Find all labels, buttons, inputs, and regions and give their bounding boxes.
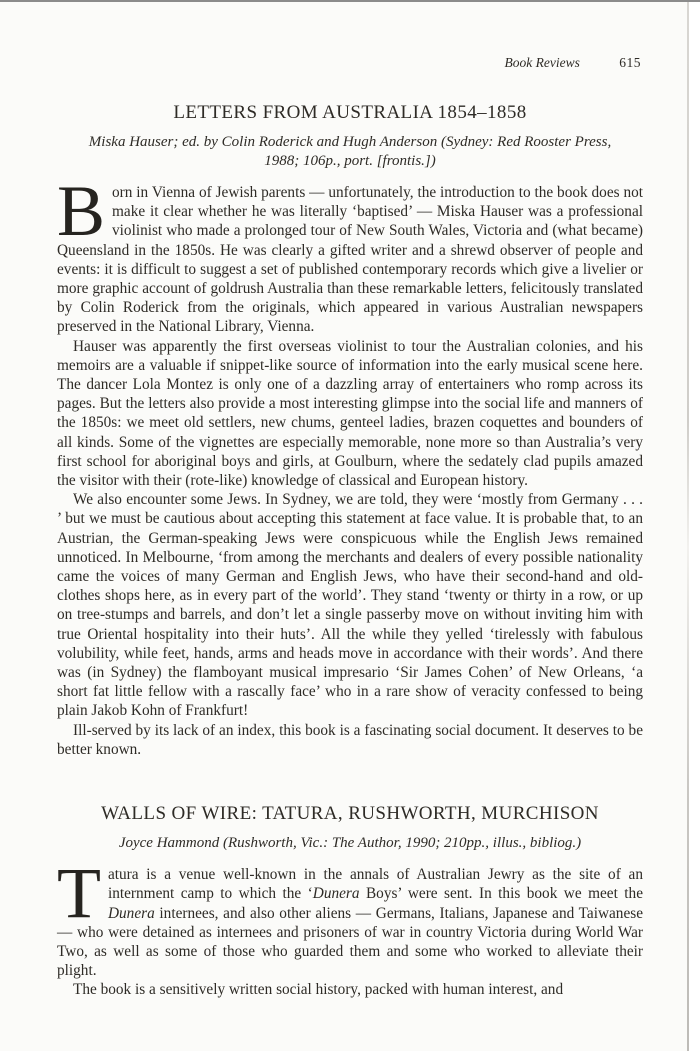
paragraph: We also encounter some Jews. In Sydney, … bbox=[57, 490, 643, 720]
review-byline: Joyce Hammond (Rushworth, Vic.: The Auth… bbox=[78, 834, 623, 853]
page-number: 615 bbox=[619, 55, 641, 70]
review-byline: Miska Hauser; ed. by Colin Roderick and … bbox=[78, 133, 623, 171]
paragraph-text: atura is a venue well-known in the annal… bbox=[57, 866, 643, 979]
paragraph: Ill-served by its lack of an index, this… bbox=[57, 721, 643, 759]
paragraph-text: orn in Vienna of Jewish parents — unfort… bbox=[57, 184, 643, 335]
paragraph: The book is a sensitively written social… bbox=[57, 980, 643, 999]
review-body: Born in Vienna of Jewish parents — unfor… bbox=[57, 183, 643, 759]
review-walls-of-wire: WALLS OF WIRE: TATURA, RUSHWORTH, MURCHI… bbox=[57, 803, 643, 999]
paragraph: Born in Vienna of Jewish parents — unfor… bbox=[57, 183, 643, 337]
review-title: LETTERS FROM AUSTRALIA 1854–1858 bbox=[57, 102, 643, 124]
paragraph: Hauser was apparently the first overseas… bbox=[57, 337, 643, 491]
drop-cap: T bbox=[57, 867, 101, 921]
review-letters-from-australia: LETTERS FROM AUSTRALIA 1854–1858 Miska H… bbox=[57, 102, 643, 759]
review-title: WALLS OF WIRE: TATURA, RUSHWORTH, MURCHI… bbox=[57, 803, 643, 825]
running-header: Book Reviews 615 bbox=[57, 55, 643, 71]
running-title: Book Reviews bbox=[505, 55, 580, 70]
drop-cap: B bbox=[57, 185, 105, 239]
paragraph: Tatura is a venue well-known in the anna… bbox=[57, 865, 643, 980]
review-body: Tatura is a venue well-known in the anna… bbox=[57, 865, 643, 999]
page-content: Book Reviews 615 LETTERS FROM AUSTRALIA … bbox=[0, 0, 700, 1000]
scanned-page: Book Reviews 615 LETTERS FROM AUSTRALIA … bbox=[0, 0, 700, 1051]
